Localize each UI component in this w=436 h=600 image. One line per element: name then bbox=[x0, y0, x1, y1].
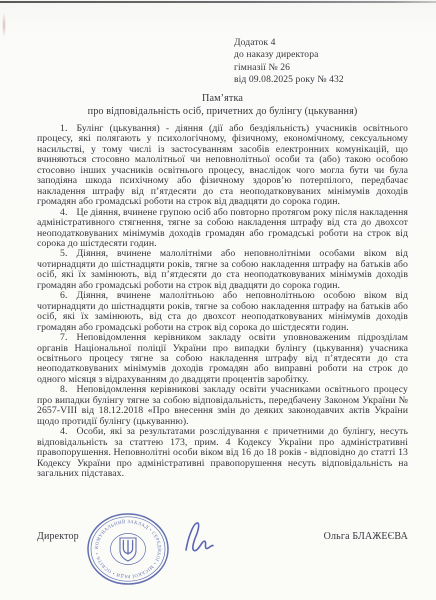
annex-line: гімназії № 26 bbox=[234, 62, 344, 74]
title-block: Пам’ятка про відповідальність осіб, прич… bbox=[37, 92, 408, 119]
paragraph-text: Особи, які за результатами розслідування… bbox=[37, 426, 408, 479]
paragraph: 5.Діяння, вчинене малолітніми або неповн… bbox=[37, 249, 408, 291]
document-body: 1.Булінг (цькування) - діяння (дії або б… bbox=[37, 124, 408, 479]
trident-icon bbox=[120, 538, 136, 561]
annex-line: Додаток 4 bbox=[234, 37, 344, 49]
paragraph-number: 4. bbox=[60, 207, 67, 218]
annex-block: Додаток 4 до наказу директора гімназії №… bbox=[234, 37, 344, 87]
paragraph: 6.Діяння, вчинене малолітньою або неповн… bbox=[37, 291, 408, 333]
paragraph: 8.Неповідомлення керівникові закладу осв… bbox=[37, 385, 408, 427]
scanned-document-page: Додаток 4 до наказу директора гімназії №… bbox=[0, 0, 436, 600]
paragraph: 4.Це діяння, вчинене групою осіб або пов… bbox=[37, 208, 408, 250]
annex-line: від 09.08.2025 року № 432 bbox=[234, 74, 344, 86]
handwritten-signature-icon bbox=[176, 516, 228, 562]
paragraph-number: 4. bbox=[60, 426, 67, 437]
paragraph-number: 1. bbox=[60, 123, 67, 134]
paragraph-text: Неповідомлення керівником закладу освіти… bbox=[37, 332, 408, 385]
paragraph-text: Діяння, вчинене малолітніми або неповнол… bbox=[37, 248, 408, 290]
paragraph-text: Булінг (цькування) - діяння (дії або без… bbox=[37, 123, 408, 207]
paragraph: 1.Булінг (цькування) - діяння (дії або б… bbox=[37, 124, 408, 208]
scan-edge-artifact bbox=[0, 1, 436, 3]
paragraph-text: Діяння, вчинене малолітньою або неповнол… bbox=[37, 290, 408, 332]
paragraph-number: 8. bbox=[60, 384, 67, 395]
paragraph-number: 6. bbox=[60, 290, 67, 301]
paragraph-number: 7. bbox=[60, 332, 67, 343]
paragraph-text: Неповідомлення керівникові закладу освіт… bbox=[37, 384, 408, 426]
document-subtitle: про відповідальність осіб, причетних до … bbox=[37, 105, 408, 118]
paragraph-text: Це діяння, вчинене групою осіб або повто… bbox=[37, 207, 408, 249]
director-label: Директор bbox=[37, 531, 79, 542]
scan-speck-artifact bbox=[2, 12, 6, 38]
paragraph-number: 5. bbox=[60, 248, 67, 259]
director-name: Ольга БЛАЖЕЄВА bbox=[324, 531, 408, 542]
paragraph: 7.Неповідомлення керівником закладу осві… bbox=[37, 333, 408, 385]
document-title: Пам’ятка bbox=[37, 92, 408, 105]
annex-line: до наказу директора bbox=[234, 49, 344, 61]
paragraph: 4.Особи, які за результатами розслідуван… bbox=[37, 427, 408, 479]
official-stamp: КОМУНАЛЬНИЙ ЗАКЛАД • СЕРЕДНЬОЇ • МІСЬКОЇ… bbox=[85, 511, 171, 587]
